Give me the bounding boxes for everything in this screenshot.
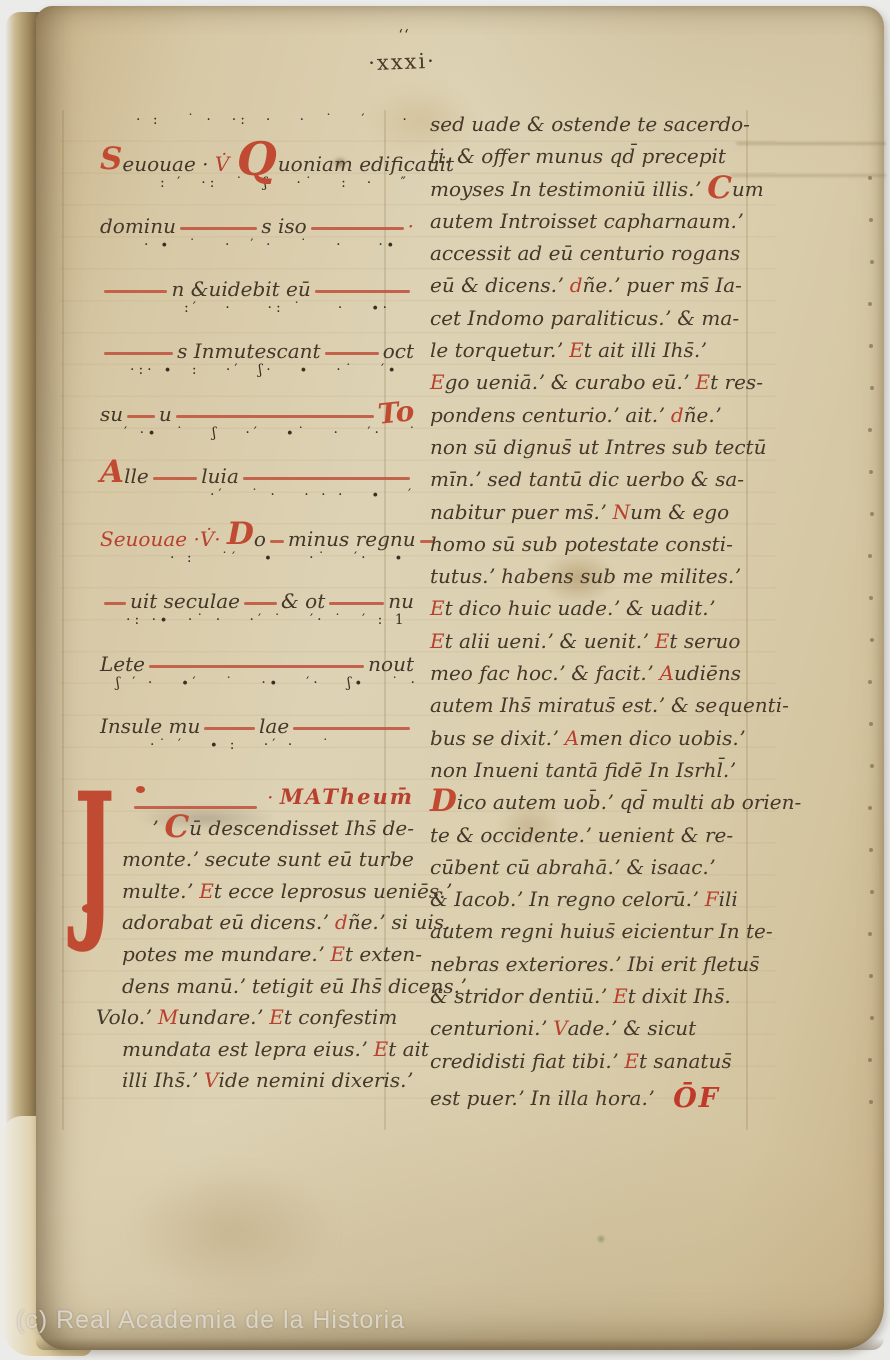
- red-extender-rule: [127, 415, 155, 418]
- gospel-text-line: nebras exteriores.ʼ Ibi erit fletus̄: [430, 952, 776, 984]
- rubric-initial: Q: [237, 134, 277, 185]
- gospel-text-line: est puer.ʼ In illa hora.ʼ ŌF: [430, 1081, 776, 1113]
- pricking-hole: [868, 176, 872, 180]
- text-segment: centurioni.ʼ: [430, 1016, 553, 1040]
- rubric-initial: E: [655, 629, 670, 653]
- red-extender-rule: [270, 540, 284, 543]
- text-segment: bus se dixit.ʼ: [430, 726, 565, 750]
- text-segment: ñe.ʼ: [684, 403, 721, 427]
- gospel-text-line: dens manū.ʼ tetigit eū Ihs̄ dicens.ʼ: [96, 974, 414, 1006]
- music-notation-column: · : ˙ · ·: · · ˙ ′ · ′Seuouae · V̇ Quoni…: [100, 112, 414, 766]
- pricking-hole: [870, 638, 874, 642]
- gospel-text-line: multe.ʼ Et ecce leprosus ueniēs.ʼ: [96, 879, 414, 911]
- text-segment: s iso: [261, 215, 306, 237]
- rubric-initial: A: [659, 661, 673, 685]
- rubric-initial: S: [100, 142, 122, 176]
- gospel-text-line: illi Ihs̄.ʼ Vide nemini dixeris.ʼ: [96, 1068, 414, 1100]
- rubric-initial: A: [565, 726, 579, 750]
- gospel-text-line: le torquetur.ʼ Et ait illi Ihs̄.ʼ: [430, 338, 776, 370]
- rubric-initial: E: [613, 984, 628, 1008]
- pricking-hole: [870, 512, 874, 516]
- text-segment: dens manū.ʼ tetigit eū Ihs̄ dicens.ʼ: [122, 974, 466, 998]
- text-segment: o: [254, 528, 266, 550]
- gospel-text-line: Volo.ʼ Mundare.ʼ Et confestim: [96, 1005, 414, 1037]
- text-segment: nebras exteriores.ʼ Ibi erit fletus̄: [430, 952, 759, 976]
- rubric-initial: V: [553, 1016, 567, 1040]
- gospel-text-line: tutus.ʼ habens sub me milites.ʼ: [430, 564, 776, 596]
- text-segment: non Inueni tantā fidē In Isrhl̄.ʼ: [430, 758, 736, 782]
- gospel-text-line: meo fac hoc.ʼ & facit.ʼ Audiēns: [430, 661, 776, 693]
- gospel-text-line: sed uade & ostende te sacerdo-: [430, 112, 776, 144]
- text-segment: ade.ʼ & sicut: [568, 1016, 697, 1040]
- neume-line: · : ˙′ ∙ ·˙ ′· ∙ ′ ·: [100, 550, 414, 579]
- neume-line: ·: ·∙ ·˙ · ·′ ˙ ′· ˙ ′ : 1 : 1: [100, 612, 414, 641]
- text-segment: nu: [388, 590, 414, 612]
- text-segment: t ecce leprosus ueniēs.ʼ: [214, 879, 452, 903]
- text-segment: luia: [201, 465, 239, 487]
- text-segment: t ait illi Ihs̄.ʼ: [584, 338, 707, 362]
- gospel-text-line: homo sū sub potestate consti-: [430, 532, 776, 564]
- neume-line: · ∙ ˙ · ′ · ˙ · ·∙ ′: [100, 237, 414, 266]
- rubric-initial: F: [705, 887, 719, 911]
- gospel-text-line: autem regni huius̄ eicientur In te-: [430, 919, 776, 951]
- offertory-mark: ŌF: [673, 1083, 720, 1114]
- pricking-hole: [868, 428, 872, 432]
- text-segment: Volo.ʼ: [96, 1005, 158, 1029]
- chant-lyric-line: Letenout: [100, 641, 414, 675]
- pricking-hole: [868, 302, 872, 306]
- text-segment: t dico huic uade.ʼ & uadit.ʼ: [445, 596, 715, 620]
- chant-lyric-line: dominus iso·: [100, 204, 414, 238]
- rubric-initial: E: [374, 1037, 389, 1061]
- text-segment: multe.ʼ: [122, 879, 199, 903]
- pricking-hole: [869, 344, 873, 348]
- gospel-text-line: Dico autem uob̄.ʼ qd̄ multi ab orien-: [430, 790, 776, 822]
- text-segment: men dico uobis.ʼ: [579, 726, 745, 750]
- gospel-text-line: ʼ Cū descendisset Ihs̄ de-: [96, 816, 414, 848]
- chant-lyric-line: Seuouae · V̇ Quoniam edificauit: [100, 141, 414, 175]
- text-segment: non sū dignus̄ ut Intres sub tectū: [430, 435, 766, 459]
- pricking-hole: [870, 386, 874, 390]
- red-extender-rule: [315, 290, 410, 293]
- text-segment: monte.ʼ secute sunt eū turbe: [122, 847, 414, 871]
- pricking-hole: [868, 932, 872, 936]
- red-extender-rule: [153, 477, 198, 480]
- chant-lyric-line: Seuouae ·V̇· Dominus regnu: [100, 516, 414, 550]
- red-extender-rule: [104, 602, 126, 605]
- red-extender-rule: [180, 227, 257, 230]
- initial-J: J: [74, 770, 115, 942]
- red-extender-rule: [104, 290, 167, 293]
- gospel-text-line: accessit ad eū centurio rogans: [430, 241, 776, 273]
- text-segment: mīn.ʼ sed tantū dic uerbo & sa-: [430, 467, 744, 491]
- text-segment: Insule mu: [100, 715, 200, 737]
- text-segment: & ot: [281, 590, 325, 612]
- neume-line: ·˙ ′ ∙ : ·′ · ˙: [100, 737, 414, 766]
- text-segment: Lete: [100, 653, 145, 675]
- margin-rule-left: [62, 110, 64, 1130]
- rubric-initial: E: [624, 1049, 639, 1073]
- text-segment: um: [732, 177, 764, 201]
- text-segment: euouae ·: [122, 153, 208, 175]
- pricking-hole: [869, 596, 873, 600]
- text-segment: moyses In testimoniū illis.ʼ: [430, 177, 707, 201]
- text-segment: t exten-: [345, 942, 422, 966]
- rubric-initial: d: [671, 403, 684, 427]
- pricking-hole: [870, 764, 874, 768]
- text-segment: potes me mundare.ʼ: [122, 942, 330, 966]
- gospel-text-line: & Iacob.ʼ In regno celorū.ʼ Fili: [430, 887, 776, 919]
- rubric-initial: E: [430, 596, 445, 620]
- page-bottom-edge: [36, 1338, 884, 1350]
- text-segment: t seruo: [669, 629, 740, 653]
- text-segment: ·: [408, 215, 414, 237]
- red-extender-rule: [329, 602, 384, 605]
- text-segment: s Inmutescant: [177, 340, 320, 362]
- gospel-text-line: Et alii ueni.ʼ & uenit.ʼ Et seruo: [430, 629, 776, 661]
- text-segment: minus regnu: [288, 528, 416, 550]
- initial-ornament-dot: [136, 786, 145, 793]
- pricking-hole: [870, 1016, 874, 1020]
- text-segment: illi Ihs̄.ʼ: [122, 1068, 204, 1092]
- text-segment: nout: [368, 653, 414, 675]
- gospel-text-line: Et dico huic uade.ʼ & uadit.ʼ: [430, 596, 776, 628]
- red-extender-rule: [325, 352, 379, 355]
- rubric-initial: E: [430, 629, 445, 653]
- rubric-initial: N: [613, 500, 631, 524]
- gospel-text-line: bus se dixit.ʼ Amen dico uobis.ʼ: [430, 726, 776, 758]
- stain: [126, 1166, 336, 1296]
- text-segment: eū & dicens.ʼ: [430, 273, 570, 297]
- chant-lyric-line: suuTo: [100, 391, 414, 425]
- rubric-initial: d: [335, 910, 348, 934]
- neume-line: :′ · ·: ˙ · ∙· ′ · ˙ ′: [100, 300, 414, 329]
- text-segment: autem regni huius̄ eicientur In te-: [430, 919, 773, 943]
- text-segment: ico autem uob̄.ʼ qd̄ multi ab orien-: [457, 790, 801, 814]
- left-text-column: J · MATheum̄ʼ Cū descendisset Ihs̄ de-mo…: [96, 784, 414, 1100]
- neume-line: ·′ ˙ · · · · ∙ ′ · ˙· ′ ′: [100, 487, 414, 516]
- text-segment: t alii ueni.ʼ & uenit.ʼ: [445, 629, 655, 653]
- neume-line: ʃ ′ · ∙′ ˙ ·∙ ′· ʃ∙ ˙ ·: [100, 675, 414, 704]
- pricking-hole: [869, 974, 873, 978]
- gospel-text-line: autem Ihs̄ miratus̄ est.ʼ & sequenti-: [430, 693, 776, 725]
- red-extender-rule: [293, 727, 410, 730]
- text-segment: su: [100, 403, 123, 425]
- text-segment: undare.ʼ: [178, 1005, 269, 1029]
- pricking-hole: [869, 1100, 873, 1104]
- right-text-column: sed uade & ostende te sacerdo-ti. & offe…: [430, 112, 776, 1113]
- text-segment: t res-: [710, 370, 763, 394]
- chant-lyric-line: Alleluia: [100, 454, 414, 488]
- text-segment: u: [159, 403, 172, 425]
- rubric-initial: A: [100, 455, 124, 489]
- text-segment: t ait: [388, 1037, 429, 1061]
- gospel-text-line: eū & dicens.ʼ dñe.ʼ puer ms̄ Ia-: [430, 273, 776, 305]
- text-segment: um & ego: [630, 500, 729, 524]
- text-segment: n &uidebit eū: [171, 278, 310, 300]
- pricking-hole: [869, 470, 873, 474]
- red-extender-rule: [244, 602, 277, 605]
- green-spot: [596, 1234, 606, 1244]
- red-extender-rule: [204, 727, 255, 730]
- copyright-watermark: (c) Real Academia de la Historia: [16, 1306, 405, 1335]
- text-segment: lae: [259, 715, 289, 737]
- chant-lyric-line: s Inmutescantoct: [100, 329, 414, 363]
- text-segment: t confestim: [284, 1005, 397, 1029]
- rubric-initial: V: [204, 1068, 218, 1092]
- rubric-initial: E: [269, 1005, 284, 1029]
- gospel-text-line: monte.ʼ secute sunt eū turbe: [96, 847, 414, 879]
- manuscript-page: ʻʻ ·xxxi· · : ˙ · ·: · · ˙ ′ · ′Seuouae …: [36, 6, 884, 1350]
- text-segment: ñe.ʼ puer ms̄ Ia-: [583, 273, 742, 297]
- text-segment: credidisti fiat tibi.ʼ: [430, 1049, 624, 1073]
- red-extender-rule: [176, 415, 374, 418]
- text-segment: autem Introisset capharnaum.ʼ: [430, 209, 743, 233]
- text-segment: ū descendisset Ihs̄ de-: [189, 816, 414, 840]
- pricking-hole: [868, 680, 872, 684]
- red-extender-rule: [134, 806, 257, 809]
- text-segment: ili: [719, 887, 738, 911]
- text-segment: meo fac hoc.ʼ & facit.ʼ: [430, 661, 659, 685]
- gospel-text-line: non Inueni tantā fidē In Isrhl̄.ʼ: [430, 758, 776, 790]
- pricking-hole: [869, 848, 873, 852]
- gospel-text-line: potes me mundare.ʼ Et exten-: [96, 942, 414, 974]
- tonary-sign: To: [376, 396, 415, 430]
- chant-lyric-line: uit seculae& otnu: [100, 579, 414, 613]
- text-segment: uoniam edificauit: [278, 153, 454, 175]
- gospel-text-line: & stridor dentiū.ʼ Et dixit Ihs̄.: [430, 984, 776, 1016]
- text-segment: accessit ad eū centurio rogans: [430, 241, 740, 265]
- pricking-hole: [868, 806, 872, 810]
- gospel-text-line: te & occidente.ʼ uenient & re-: [430, 823, 776, 855]
- text-segment: t dixit Ihs̄.: [628, 984, 731, 1008]
- text-segment: go ueniā.ʼ & curabo eū.ʼ: [445, 370, 696, 394]
- text-segment: oct: [383, 340, 414, 362]
- red-extender-rule: [149, 665, 364, 668]
- text-segment: dominu: [100, 215, 176, 237]
- pricking-hole: [870, 260, 874, 264]
- gospel-text-line: mundata est lepra eius.ʼ Et ait: [96, 1037, 414, 1069]
- pricking-hole: [868, 554, 872, 558]
- gospel-text-line: centurioni.ʼ Vade.ʼ & sicut: [430, 1016, 776, 1048]
- gospel-text-line: non sū dignus̄ ut Intres sub tectū: [430, 435, 776, 467]
- text-segment: sed uade & ostende te sacerdo-: [430, 112, 750, 136]
- text-segment: cūbent cū abrahā.ʼ & isaac.ʼ: [430, 855, 715, 879]
- gospel-text-line: cet Indomo paraliticus.ʼ & ma-: [430, 306, 776, 338]
- text-segment: ide nemini dixeris.ʼ: [219, 1068, 413, 1092]
- neume-line: ′ ·∙ ˙ ʃ ·′ ∙˙ · ′· ˙∙ ′: [100, 425, 414, 454]
- versus-mark: V̇: [209, 153, 236, 175]
- text-segment: cet Indomo paraliticus.ʼ & ma-: [430, 306, 739, 330]
- quire-mark: ʻʻ: [354, 26, 454, 44]
- folio-number: ·xxxi·: [322, 47, 483, 77]
- pricking-hole: [869, 218, 873, 222]
- gospel-text-line: pondens centurio.ʼ ait.ʼ dñe.ʼ: [430, 403, 776, 435]
- rubric-initial: d: [570, 273, 583, 297]
- chant-lyric-line: n &uidebit eū: [100, 266, 414, 300]
- rubric-initial: E: [199, 879, 214, 903]
- gospel-text-line: moyses In testimoniū illis.ʼ Cum: [430, 177, 776, 209]
- text-segment: adorabat eū dicens.ʼ: [122, 910, 335, 934]
- neume-line: ·:· ∙ : ·′ ʃ· ∙ ·˙ ′∙ ·′ ·: [100, 362, 414, 391]
- red-extender-rule: [243, 477, 410, 480]
- rubric-heading: MATheum̄: [280, 784, 414, 809]
- text-segment: tutus.ʼ habens sub me milites.ʼ: [430, 564, 741, 588]
- gospel-text-line: mīn.ʼ sed tantū dic uerbo & sa-: [430, 467, 776, 499]
- rubric-initial: E: [330, 942, 345, 966]
- text-segment: ʼ: [152, 816, 165, 840]
- text-segment: nabitur puer ms̄.ʼ: [430, 500, 613, 524]
- text-segment: homo sū sub potestate consti-: [430, 532, 733, 556]
- text-segment: mundata est lepra eius.ʼ: [122, 1037, 374, 1061]
- text-segment: lle: [124, 465, 149, 487]
- text-segment: & stridor dentiū.ʼ: [430, 984, 613, 1008]
- initial-ornament-dot: [82, 904, 94, 913]
- text-segment: pondens centurio.ʼ ait.ʼ: [430, 403, 671, 427]
- gospel-text-line: cūbent cū abrahā.ʼ & isaac.ʼ: [430, 855, 776, 887]
- euouae-formula: Seuouae ·V̇·: [100, 528, 227, 550]
- text-segment: uit seculae: [130, 590, 240, 612]
- text-segment: ti. & offer munus qd̄ precepit: [430, 144, 726, 168]
- red-extender-rule: [311, 227, 404, 230]
- chant-lyric-line: Insule mulae: [100, 704, 414, 738]
- text-segment: te & occidente.ʼ uenient & re-: [430, 823, 733, 847]
- rubric-initial: M: [158, 1005, 178, 1029]
- gospel-text-line: autem Introisset capharnaum.ʼ: [430, 209, 776, 241]
- rubric-initial: E: [430, 370, 445, 394]
- text-segment: udiēns: [674, 661, 741, 685]
- gospel-text-line: Ego ueniā.ʼ & curabo eū.ʼ Et res-: [430, 370, 776, 402]
- text-segment: t sanatus̄: [639, 1049, 732, 1073]
- pricking-hole: [868, 1058, 872, 1062]
- gospel-text-line: credidisti fiat tibi.ʼ Et sanatus̄: [430, 1049, 776, 1081]
- rubric-initial: E: [569, 338, 584, 362]
- text-segment: & Iacob.ʼ In regno celorū.ʼ: [430, 887, 705, 911]
- pricking-hole: [870, 890, 874, 894]
- text-segment: le torquetur.ʼ: [430, 338, 569, 362]
- manuscript-photo: { "meta": { "credit_watermark": "(c) Rea…: [0, 0, 890, 1360]
- gospel-text-line: adorabat eū dicens.ʼ dñe.ʼ si uis.: [96, 910, 414, 942]
- rubric-initial: D: [227, 517, 254, 551]
- gospel-text-line: nabitur puer ms̄.ʼ Num & ego: [430, 500, 776, 532]
- rubric-initial: E: [696, 370, 711, 394]
- text-segment: autem Ihs̄ miratus̄ est.ʼ & sequenti-: [430, 693, 789, 717]
- text-segment: est puer.ʼ In illa hora.ʼ: [430, 1086, 673, 1110]
- red-extender-rule: [104, 352, 173, 355]
- text-segment: ·: [261, 785, 280, 809]
- pricking-hole: [869, 722, 873, 726]
